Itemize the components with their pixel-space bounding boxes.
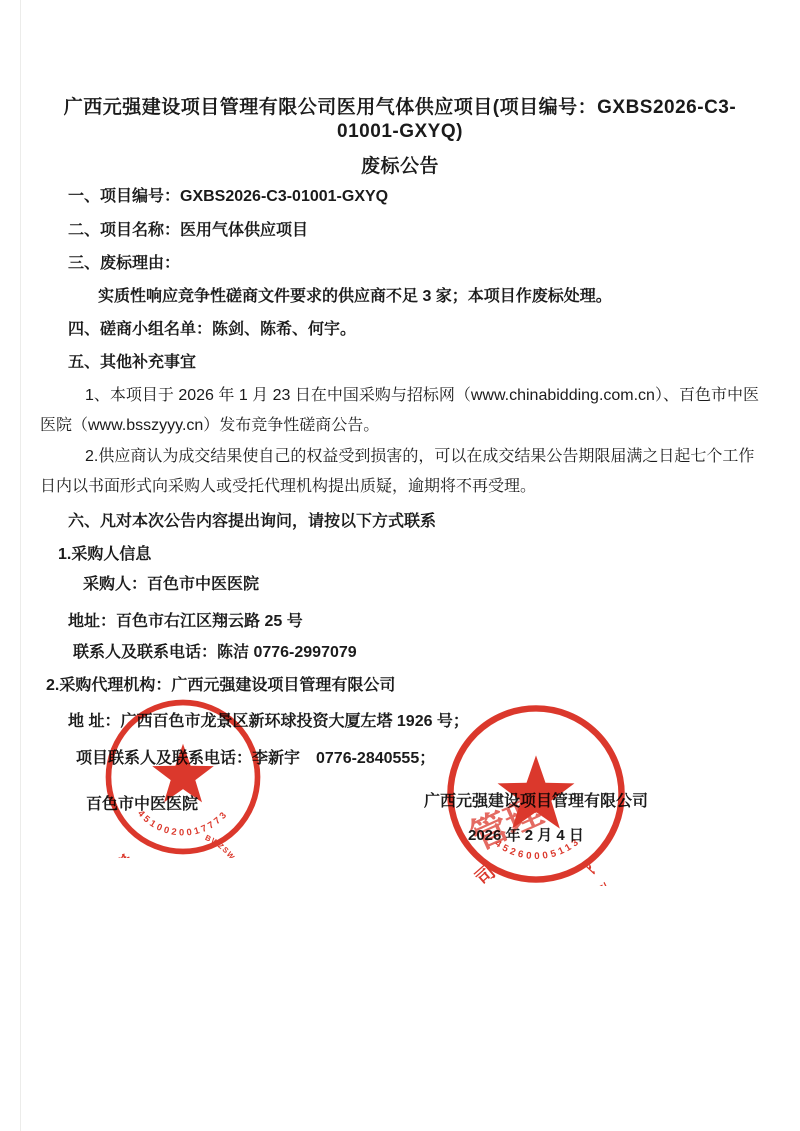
document-title: 广西元强建设项目管理有限公司医用气体供应项目(项目编号：GXBS2026-C3-… bbox=[40, 96, 760, 144]
agency-stamp-svg: 广西元强建设项目管理有限公司 45260005113 管理 bbox=[442, 702, 630, 886]
purchaser-stamp-svg: 百色市中医医院 BWZSWZ SI CUNGHYIH YIHYEN 451002… bbox=[96, 696, 270, 858]
paragraph-objection: 2.供应商认为成交结果使自己的权益受到损害的，可以在成交结果公告期限届满之日起七… bbox=[40, 442, 760, 502]
line-project-name: 二、项目名称：医用气体供应项目 bbox=[40, 221, 760, 241]
line-purchaser-contact: 联系人及联系电话：陈洁 0776-2997079 bbox=[40, 643, 760, 663]
svg-text:4510020017773: 4510020017773 bbox=[136, 808, 230, 837]
document-subtitle: 废标公告 bbox=[40, 155, 760, 179]
line-supplement-header: 五、其他补充事宜 bbox=[40, 353, 760, 373]
line-reason-header: 三、废标理由： bbox=[40, 254, 760, 274]
purchaser-round-stamp: 百色市中医医院 BWZSWZ SI CUNGHYIH YIHYEN 451002… bbox=[96, 696, 270, 858]
scanned-document-page: 广西元强建设项目管理有限公司医用气体供应项目(项目编号：GXBS2026-C3-… bbox=[0, 0, 800, 1131]
line-contact-header: 六、凡对本次公告内容提出询问，请按以下方式联系 bbox=[40, 512, 760, 532]
line-agency-name: 2.采购代理机构：广西元强建设项目管理有限公司 bbox=[40, 676, 760, 696]
document-body: 广西元强建设项目管理有限公司医用气体供应项目(项目编号：GXBS2026-C3-… bbox=[0, 0, 800, 769]
line-project-number: 一、项目编号：GXBS2026-C3-01001-GXYQ bbox=[40, 187, 760, 207]
line-purchaser-info: 1.采购人信息 bbox=[40, 545, 760, 565]
line-purchaser-name: 采购人：百色市中医医院 bbox=[40, 575, 760, 595]
stamp-serial-number: 4510020017773 bbox=[136, 808, 230, 837]
paragraph-publication: 1、本项目于 2026 年 1 月 23 日在中国采购与招标网（www.chin… bbox=[40, 381, 760, 441]
stamp-star-icon bbox=[152, 744, 214, 803]
line-reason-body: 实质性响应竞争性磋商文件要求的供应商不足 3 家；本项目作废标处理。 bbox=[40, 287, 760, 307]
line-purchaser-address: 地址：百色市右江区翔云路 25 号 bbox=[40, 612, 760, 632]
agency-round-stamp: 广西元强建设项目管理有限公司 45260005113 管理 bbox=[442, 702, 630, 886]
line-panel-list: 四、磋商小组名单：陈剑、陈希、何宇。 bbox=[40, 320, 760, 340]
